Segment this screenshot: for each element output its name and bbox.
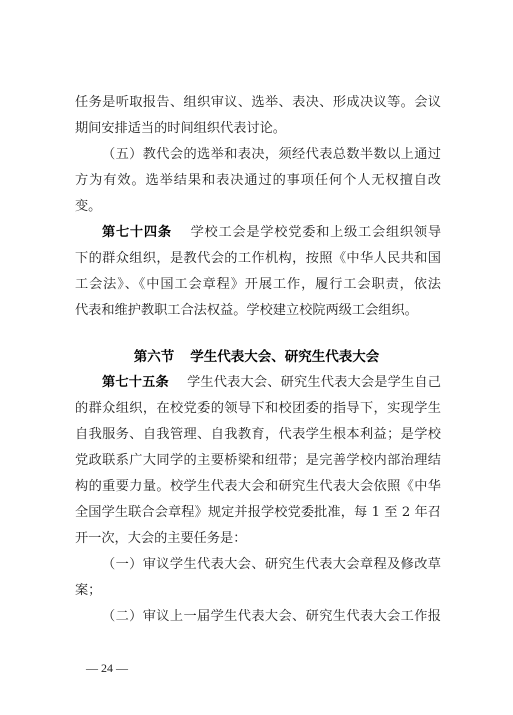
article-74-first-line: 第七十四条学校工会是学校党委和上级工会组织领导 xyxy=(102,220,441,246)
document-page: 任务是听取报告、组织审议、选举、表决、形成决议等。会议 期间安排适当的时间组织代… xyxy=(0,0,513,715)
text-line: 开一次，大会的主要任务是： xyxy=(75,526,441,552)
article-75-first-line: 第七十五条学生代表大会、研究生代表大会是学生自己 xyxy=(102,370,441,396)
text-line: 自我服务、自我管理、自我教育，代表学生根本利益；是学校 xyxy=(75,422,441,448)
article-label: 第七十四条 xyxy=(102,225,172,240)
text-line: 下的群众组织，是教代会的工作机构，按照《中华人民共和国 xyxy=(75,246,441,272)
text-line: 的群众组织，在校党委的领导下和校团委的指导下，实现学生 xyxy=(75,396,441,422)
text-line: 党政联系广大同学的主要桥梁和纽带；是完善学校内部治理结 xyxy=(75,448,441,474)
article-text: 学生代表大会、研究生代表大会是学生自己 xyxy=(187,375,441,390)
text-line: 构的重要力量。校学生代表大会和研究生代表大会依照《中华 xyxy=(75,474,441,500)
section-title: 学生代表大会、研究生代表大会 xyxy=(190,349,379,365)
section-number: 第六节 xyxy=(134,349,175,365)
text-line: 任务是听取报告、组织审议、选举、表决、形成决议等。会议 xyxy=(75,90,441,116)
text-line: 全国学生联合会章程》规定并报学校党委批准，每 1 至 2 年召 xyxy=(75,500,441,526)
text-line: 代表和维护教职工合法权益。学校建立校院两级工会组织。 xyxy=(75,298,441,324)
article-label: 第七十五条 xyxy=(102,375,169,390)
text-line: 变。 xyxy=(75,194,441,220)
text-line: 工会法》、《中国工会章程》开展工作，履行工会职责，依法 xyxy=(75,272,441,298)
article-text: 学校工会是学校党委和上级工会组织领导 xyxy=(190,225,441,240)
text-line: 方为有效。选举结果和表决通过的事项任何个人无权擅自改 xyxy=(75,168,441,194)
section-heading: 第六节学生代表大会、研究生代表大会 xyxy=(0,344,513,370)
text-line: 案； xyxy=(75,578,441,604)
text-line: （一）审议学生代表大会、研究生代表大会章程及修改草 xyxy=(102,552,441,578)
text-line: 期间安排适当的时间组织代表讨论。 xyxy=(75,116,441,142)
text-line: （五）教代会的选举和表决，须经代表总数半数以上通过 xyxy=(102,142,441,168)
text-line: （二）审议上一届学生代表大会、研究生代表大会工作报 xyxy=(102,604,441,630)
page-number: — 24 — xyxy=(86,659,128,677)
